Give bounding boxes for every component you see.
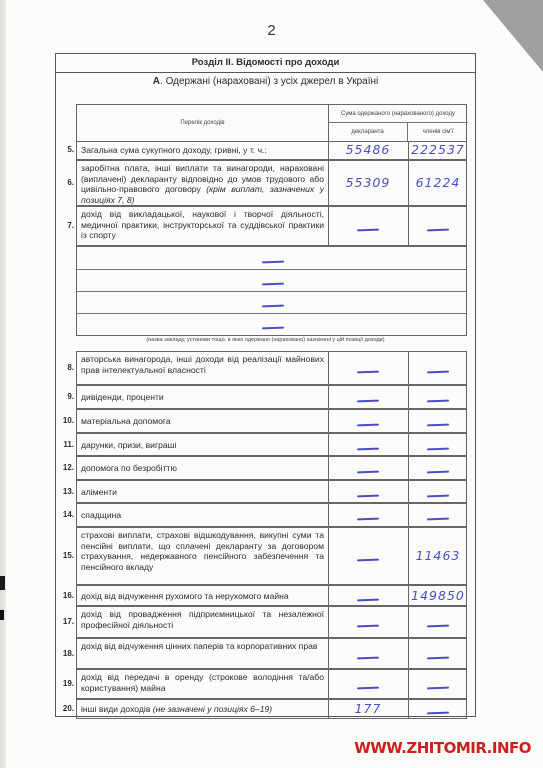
family-amount: 222537 xyxy=(408,142,468,158)
income-description: дивіденди, проценти xyxy=(81,392,324,403)
empty-dash xyxy=(427,423,449,425)
family-amount xyxy=(408,410,468,432)
family-amount xyxy=(408,386,468,408)
income-description: спадщина xyxy=(81,510,324,521)
institution-line[interactable] xyxy=(77,247,468,269)
income-description: допомога по безробіттю xyxy=(81,463,324,474)
header-income-list: Перелік доходів xyxy=(77,105,328,141)
table-header: Перелік доходів Сума одержаного (нарахов… xyxy=(76,104,467,142)
row-number: 19. xyxy=(57,679,74,688)
family-amount xyxy=(408,700,468,718)
income-description: страхові виплати, страхові відшкодування… xyxy=(81,530,324,572)
declarant-amount xyxy=(328,481,408,502)
table-row: 19. дохід від передачі в оренду (строков… xyxy=(76,669,467,699)
income-description: аліменти xyxy=(81,487,324,498)
empty-dash xyxy=(357,624,379,626)
table-row: 15. страхові виплати, страхові відшкодув… xyxy=(76,527,467,585)
empty-dash xyxy=(357,517,379,519)
table-row: 17. дохід від провадження підприємницько… xyxy=(76,606,467,638)
table-row: 6. заробітна плата, інші виплати та вина… xyxy=(76,160,467,206)
empty-dash xyxy=(427,711,449,713)
declarant-amount xyxy=(328,434,408,455)
table-row: 14. спадщина xyxy=(76,503,467,527)
declarant-amount xyxy=(328,504,408,526)
empty-dash xyxy=(357,447,379,449)
empty-dash xyxy=(357,399,379,401)
income-description: матеріальна допомога xyxy=(81,416,324,427)
declarant-amount: 177 xyxy=(328,700,408,718)
family-amount xyxy=(408,481,468,502)
subtitle-text: . Одержані (нараховані) з усіх джерел в … xyxy=(160,76,378,87)
declarant-amount xyxy=(328,386,408,408)
row-number: 6. xyxy=(57,178,74,187)
scan-artifact xyxy=(0,610,4,620)
income-description: дохід від викладацької, наукової і творч… xyxy=(81,209,324,241)
row-number: 8. xyxy=(57,363,74,372)
row-number: 15. xyxy=(57,551,74,560)
institution-caption: (назва закладу, установи тощо, в яких од… xyxy=(56,337,475,343)
income-description: дохід від передачі в оренду (строкове во… xyxy=(81,672,324,693)
family-amount: 11463 xyxy=(408,528,468,584)
declarant-amount: 55309 xyxy=(328,161,408,205)
family-amount xyxy=(408,670,468,698)
empty-dash xyxy=(427,370,449,372)
institution-line[interactable] xyxy=(77,313,468,335)
row-number: 16. xyxy=(57,591,74,600)
empty-dash xyxy=(427,686,449,688)
income-description: дохід від відчуження цінних паперів та к… xyxy=(81,641,324,652)
empty-dash xyxy=(357,470,379,472)
header-sum: Сума одержаного (нарахованого) доходу xyxy=(328,105,468,123)
declarant-amount: 55486 xyxy=(328,142,408,158)
declarant-amount xyxy=(328,586,408,605)
declarant-amount xyxy=(328,528,408,584)
declarant-amount xyxy=(328,457,408,479)
empty-dash xyxy=(357,598,379,600)
income-description: Загальна сума сукупного доходу, гривні, … xyxy=(81,145,324,156)
table-row: 12. допомога по безробіттю xyxy=(76,456,467,480)
row-number: 7. xyxy=(57,221,74,230)
income-description: заробітна плата, інші виплати та винагор… xyxy=(81,163,324,205)
table-row: 7. дохід від викладацької, наукової і тв… xyxy=(76,206,467,246)
empty-dash xyxy=(427,494,449,496)
row-number: 5. xyxy=(57,145,74,154)
page-number: 2 xyxy=(0,22,543,39)
income-description: дохід від відчуження рухомого та нерухом… xyxy=(81,591,324,602)
income-description: авторська винагорода, інші доходи від ре… xyxy=(81,354,324,375)
empty-dash xyxy=(427,447,449,449)
empty-dash xyxy=(357,370,379,372)
family-amount xyxy=(408,504,468,526)
declarant-amount xyxy=(328,607,408,637)
family-amount: 149850 xyxy=(408,586,468,605)
institution-line[interactable] xyxy=(77,291,468,313)
empty-dash xyxy=(427,399,449,401)
institution-line[interactable] xyxy=(77,269,468,291)
row-number: 11. xyxy=(57,440,74,449)
scan-artifact xyxy=(0,576,5,590)
row-number: 17. xyxy=(57,617,74,626)
table-row: 11. дарунки, призи, виграші xyxy=(76,433,467,456)
row-number: 12. xyxy=(57,463,74,472)
income-description: дарунки, призи, виграші xyxy=(81,440,324,451)
empty-dash xyxy=(427,624,449,626)
empty-dash xyxy=(357,558,379,560)
section-subtitle: А. Одержані (нараховані) з усіх джерел в… xyxy=(56,76,475,87)
row-number: 20. xyxy=(57,704,74,713)
family-amount xyxy=(408,207,468,245)
table-row: 16. дохід від відчуження рухомого та нер… xyxy=(76,585,467,606)
empty-dash xyxy=(427,228,449,230)
empty-dash xyxy=(357,656,379,658)
declarant-amount xyxy=(328,639,408,668)
declarant-amount xyxy=(328,670,408,698)
table-row: 5. Загальна сума сукупного доходу, гривн… xyxy=(76,142,467,160)
declarant-amount xyxy=(328,207,408,245)
scan-edge xyxy=(0,0,6,768)
family-amount xyxy=(408,639,468,668)
empty-dash xyxy=(427,517,449,519)
family-amount xyxy=(408,352,468,384)
row-number: 13. xyxy=(57,487,74,496)
row-number: 9. xyxy=(57,392,74,401)
table-row: 20. інші види доходів (не зазначені у по… xyxy=(76,699,467,719)
income-section: Розділ II. Відомості про доходи А. Одерж… xyxy=(55,53,476,717)
empty-dash xyxy=(427,470,449,472)
table-row: 18. дохід від відчуження цінних паперів … xyxy=(76,638,467,669)
empty-dash xyxy=(357,686,379,688)
family-amount xyxy=(408,457,468,479)
row-number: 14. xyxy=(57,510,74,519)
table-row: 9. дивіденди, проценти xyxy=(76,385,467,409)
declarant-amount xyxy=(328,352,408,384)
row-number: 10. xyxy=(57,416,74,425)
table-row: 10. матеріальна допомога xyxy=(76,409,467,433)
income-description: інші види доходів (не зазначені у позиці… xyxy=(81,704,324,715)
header-family: членів сім'ї xyxy=(408,123,468,141)
declarant-amount xyxy=(328,410,408,432)
family-amount: 61224 xyxy=(408,161,468,205)
empty-dash xyxy=(427,656,449,658)
row-number: 18. xyxy=(57,649,74,658)
empty-dash xyxy=(357,494,379,496)
family-amount xyxy=(408,607,468,637)
institution-block xyxy=(76,246,467,336)
table-row: 13. аліменти xyxy=(76,480,467,503)
empty-dash xyxy=(357,228,379,230)
empty-dash xyxy=(357,423,379,425)
family-amount xyxy=(408,434,468,455)
income-description: дохід від провадження підприємницької та… xyxy=(81,609,324,630)
site-watermark: WWW.ZHITOMIR.INFO xyxy=(354,739,531,757)
subtitle-letter: А xyxy=(153,76,160,87)
section-title: Розділ II. Відомості про доходи xyxy=(56,54,475,73)
header-declarant: декларанта xyxy=(328,123,408,141)
table-row: 8. авторська винагорода, інші доходи від… xyxy=(76,351,467,385)
